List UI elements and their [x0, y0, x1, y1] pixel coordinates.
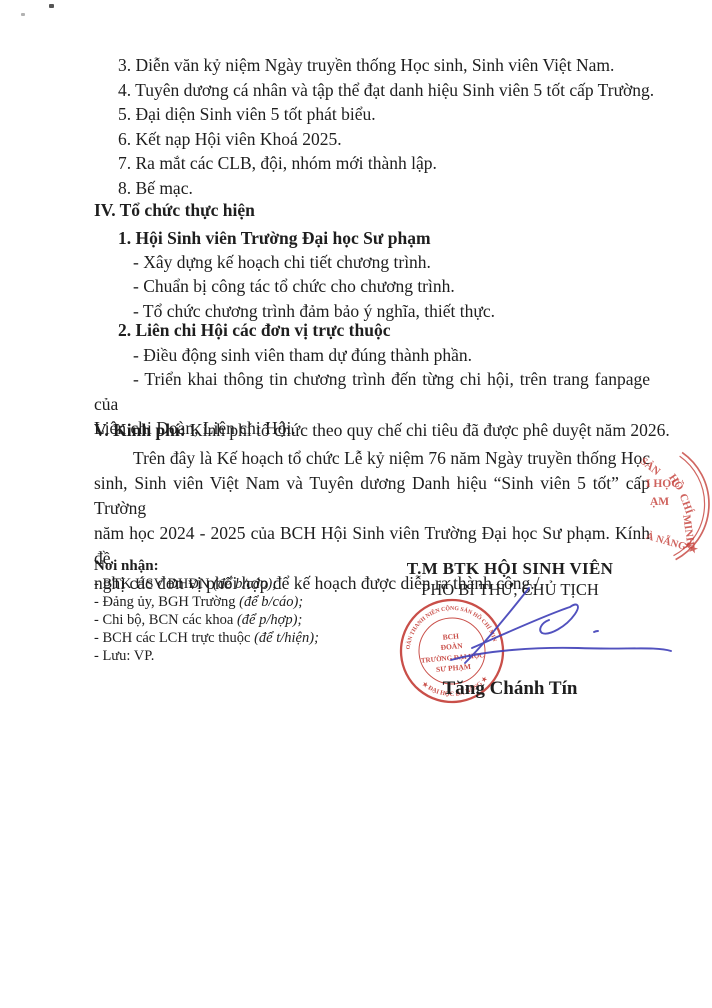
signer-name: Tăng Chánh Tín — [425, 678, 595, 700]
signature-stroke — [594, 631, 598, 632]
recipient-text: - BCH các LCH trực thuộc — [94, 630, 254, 646]
signing-authority: T.M BTK HỘI SINH VIÊN — [390, 559, 630, 579]
recipient-item: - BTK HSV ĐHĐN (để b/cáo); — [94, 575, 319, 593]
program-item: 4. Tuyên dương cá nhân và tập thể đạt da… — [118, 78, 654, 103]
unit1-item: - Chuẩn bị công tác tổ chức cho chương t… — [133, 274, 495, 298]
handwritten-signature — [428, 584, 680, 676]
recipients-heading: Nơi nhận: — [94, 557, 319, 575]
unit1-items: - Xây dựng kế hoạch chi tiết chương trìn… — [133, 250, 495, 323]
recipient-note: (để b/cáo); — [239, 594, 303, 610]
program-item: 6. Kết nạp Hội viên Khoá 2025. — [118, 127, 654, 152]
scan-speck — [21, 13, 25, 16]
unit2-item2-line1: - Triển khai thông tin chương trình đến … — [94, 367, 650, 416]
closing-line: Trên đây là Kế hoạch tổ chức Lễ kỷ niệm … — [94, 446, 650, 471]
edge-stamp-fragment: I HỌC — [646, 478, 680, 490]
program-item: 7. Ra mắt các CLB, đội, nhóm mới thành l… — [118, 151, 654, 176]
recipient-text: - Lưu: VP. — [94, 648, 154, 664]
section-v-label: V. Kinh phí: — [94, 420, 186, 440]
edge-stamp-fragment: ẠM — [650, 496, 669, 508]
program-item: 5. Đại diện Sinh viên 5 tốt phát biểu. — [118, 102, 654, 127]
unit2-item1: - Điều động sinh viên tham dự đúng thành… — [133, 343, 472, 368]
recipient-text: - Chi bộ, BCN các khoa — [94, 612, 237, 628]
recipient-note: (để t/hiện); — [254, 630, 319, 646]
scanned-document-page: 3. Diễn văn kỷ niệm Ngày truyền thống Họ… — [0, 0, 712, 1008]
recipients-block: Nơi nhận: - BTK HSV ĐHĐN (để b/cáo); - Đ… — [94, 557, 319, 666]
signature-stroke — [451, 648, 671, 660]
scan-speck — [49, 4, 54, 8]
closing-line: sinh, Sinh viên Việt Nam và Tuyên dương … — [94, 471, 650, 521]
recipient-note: (để b/cáo); — [213, 576, 277, 592]
section-iv-heading: IV. Tổ chức thực hiện — [94, 198, 255, 223]
unit1-item: - Xây dựng kế hoạch chi tiết chương trìn… — [133, 250, 495, 274]
section-v-text: Kinh phí tổ chức theo quy chế chi tiêu đ… — [186, 420, 670, 440]
program-item-list: 3. Diễn văn kỷ niệm Ngày truyền thống Họ… — [118, 53, 654, 201]
recipient-item: - Lưu: VP. — [94, 647, 319, 665]
section-v-line: V. Kinh phí: Kinh phí tổ chức theo quy c… — [94, 418, 670, 443]
program-item: 8. Bế mạc. — [118, 176, 654, 201]
program-item: 3. Diễn văn kỷ niệm Ngày truyền thống Họ… — [118, 53, 654, 78]
unit1-heading: 1. Hội Sinh viên Trường Đại học Sư phạm — [118, 226, 431, 251]
signature-stroke — [472, 605, 578, 648]
unit2-heading: 2. Liên chi Hội các đơn vị trực thuộc — [118, 318, 390, 343]
recipient-text: - BTK HSV ĐHĐN — [94, 576, 213, 592]
recipient-text: - Đảng ủy, BGH Trường — [94, 594, 239, 610]
recipient-item: - BCH các LCH trực thuộc (để t/hiện); — [94, 629, 319, 647]
recipient-item: - Chi bộ, BCN các khoa (để p/hợp); — [94, 611, 319, 629]
recipient-note: (để p/hợp); — [237, 612, 302, 628]
recipient-item: - Đảng ủy, BGH Trường (để b/cáo); — [94, 593, 319, 611]
